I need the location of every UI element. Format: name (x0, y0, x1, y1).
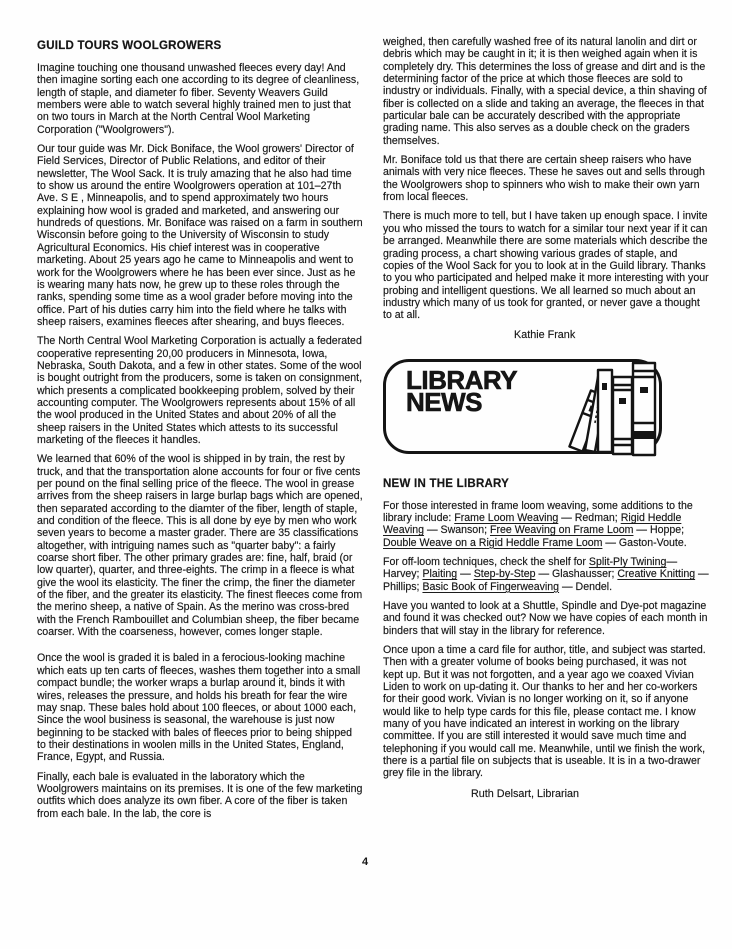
library-news-banner: LIBRARY NEWS (383, 359, 662, 454)
text-run: — Hoppe; (633, 524, 684, 536)
library-paragraph: Have you wanted to look at a Shuttle, Sp… (383, 600, 709, 637)
library-paragraph: For those interested in frame loom weavi… (383, 500, 709, 549)
book-title: Creative Knitting (617, 568, 695, 580)
library-section-heading: NEW IN THE LIBRARY (383, 478, 709, 490)
text-run: — Swanson; (424, 524, 490, 536)
text-run: For off-loom techniques, check the shelf… (383, 556, 589, 568)
newsletter-page: GUILD TOURS WOOLGROWERS Imagine touching… (0, 0, 732, 949)
text-run: — Redman; (558, 512, 620, 524)
right-column: weighed, then carefully washed free of i… (383, 36, 709, 801)
paragraph: Once the wool is graded it is baled in a… (37, 652, 363, 763)
text-run: Have you wanted to look at a Shuttle, Sp… (383, 600, 708, 637)
book-title: Free Weaving on Frame Loom (490, 524, 633, 536)
book-title: Basic Book of Fingerweaving (422, 581, 559, 593)
page-number: 4 (362, 856, 368, 868)
book-title: Plaiting (422, 568, 457, 580)
paragraph: Mr. Boniface told us that there are cert… (383, 154, 709, 203)
paragraph: There is much more to tell, but I have t… (383, 210, 709, 321)
paragraph: Our tour guide was Mr. Dick Boniface, th… (37, 143, 363, 328)
library-paragraph: Once upon a time a card file for author,… (383, 644, 709, 780)
paragraph: Imagine touching one thousand unwashed f… (37, 62, 363, 136)
library-news-title: LIBRARY NEWS (406, 369, 517, 413)
text-run: Once upon a time a card file for author,… (383, 644, 706, 779)
text-run: — Dendel. (559, 581, 612, 593)
book-title: Frame Loom Weaving (454, 512, 558, 524)
books-icon (551, 361, 657, 459)
signature-kathie-frank: Kathie Frank (383, 329, 709, 342)
paragraph: weighed, then carefully washed free of i… (383, 36, 709, 147)
signature-ruth-delsart: Ruth Delsart, Librarian (383, 788, 709, 801)
article-heading: GUILD TOURS WOOLGROWERS (37, 40, 363, 52)
text-run: — Glashausser; (536, 568, 618, 580)
paragraph: We learned that 60% of the wool is shipp… (37, 453, 363, 638)
left-column: GUILD TOURS WOOLGROWERS Imagine touching… (37, 40, 363, 827)
book-title: Split-Ply Twining (589, 556, 667, 568)
text-run: — (457, 568, 473, 580)
paragraph: The North Central Wool Marketing Corpora… (37, 335, 363, 446)
paragraph: Finally, each bale is evaluated in the l… (37, 771, 363, 820)
text-run: — Gaston-Voute. (602, 537, 686, 549)
library-paragraph: For off-loom techniques, check the shelf… (383, 556, 709, 593)
book-title: Step-by-Step (474, 568, 536, 580)
book-title: Double Weave on a Rigid Heddle Frame Loo… (383, 537, 602, 549)
